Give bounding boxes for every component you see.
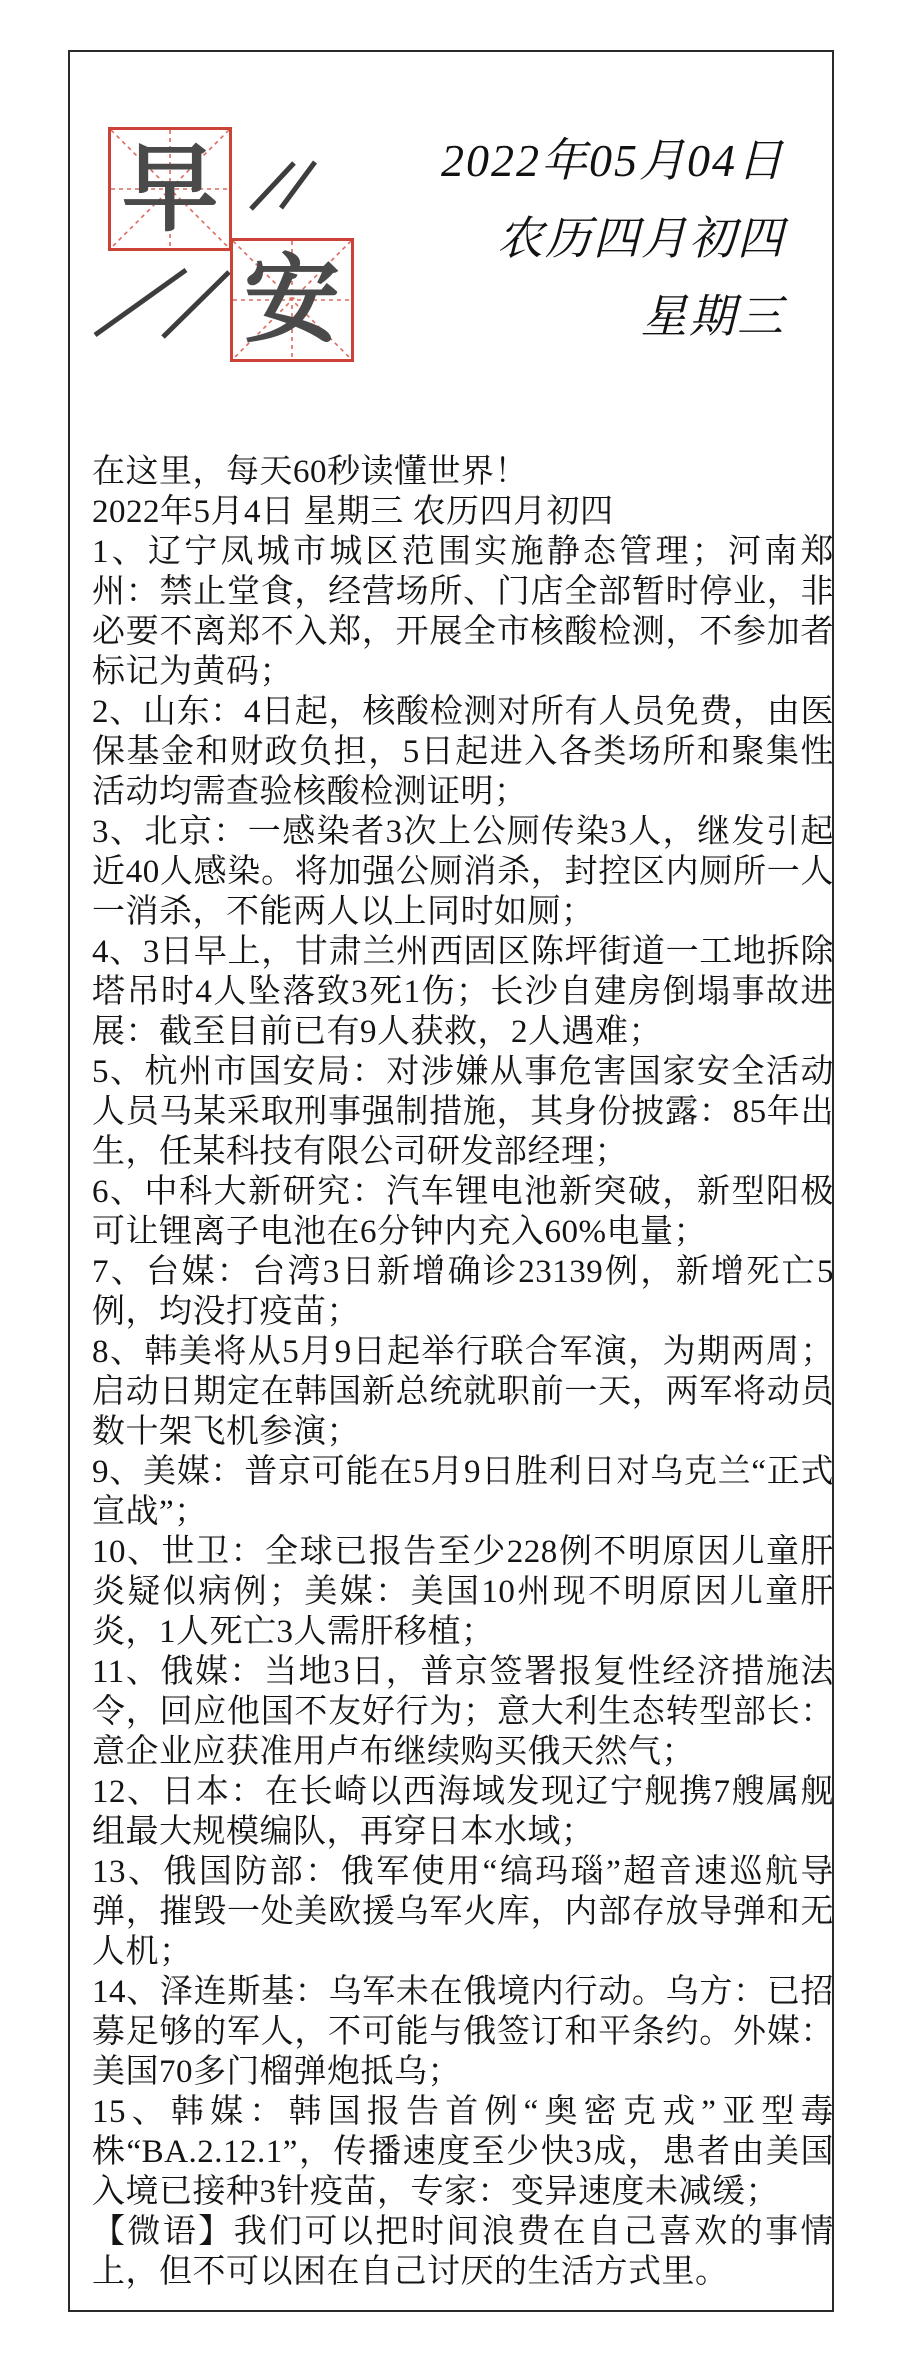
news-item-14: 14、泽连斯基：乌军未在俄境内行动。乌方：已招募足够的军人，不可能与俄签订和平条…: [92, 1972, 834, 2092]
news-body: 在这里，每天60秒读懂世界！ 2022年5月4日 星期三 农历四月初四 1、辽宁…: [92, 452, 834, 2292]
news-item-13: 13、俄国防部：俄军使用“缟玛瑙”超音速巡航导弹，摧毁一处美欧援乌军火库，内部存…: [92, 1852, 834, 1972]
greeting-char-zao: 早: [111, 130, 229, 248]
news-item-4: 4、3日早上，甘肃兰州西固区陈坪街道一工地拆除塔吊时4人坠落致3死1伤；长沙自建…: [92, 932, 834, 1052]
date-gregorian: 2022年05月04日: [441, 122, 785, 200]
news-item-3: 3、北京：一感染者3次上公厕传染3人，继发引起近40人感染。将加强公厕消杀，封控…: [92, 812, 834, 932]
mizige-box-an: 安: [230, 238, 354, 362]
decor-slashes-top-icon: [248, 158, 318, 212]
news-item-5: 5、杭州市国安局：对涉嫌从事危害国家安全活动人员马某采取刑事强制措施，其身份披露…: [92, 1052, 834, 1172]
news-item-7: 7、台媒：台湾3日新增确诊23139例，新增死亡5例，均没打疫苗；: [92, 1252, 834, 1332]
news-item-8: 8、韩美将从5月9日起举行联合军演，为期两周；启动日期定在韩国新总统就职前一天，…: [92, 1332, 834, 1452]
news-item-1: 1、辽宁凤城市城区范围实施静态管理；河南郑州：禁止堂食，经营场所、门店全部暂时停…: [92, 532, 834, 692]
intro-line: 在这里，每天60秒读懂世界！: [92, 452, 834, 492]
news-item-9: 9、美媒：普京可能在5月9日胜利日对乌克兰“正式宣战”；: [92, 1452, 834, 1532]
decor-slashes-bottom-icon: [92, 266, 232, 340]
weiyu-line: 【微语】我们可以把时间浪费在自己喜欢的事情上，但不可以困在自己讨厌的生活方式里。: [92, 2212, 834, 2292]
morning-news-card: 早 安 2022年05月04日 农历四月初四 星期三: [0, 0, 900, 2360]
news-item-10: 10、世卫：全球已报告至少228例不明原因儿童肝炎疑似病例；美媒：美国10州现不…: [92, 1532, 834, 1652]
greeting-char-an: 安: [233, 241, 351, 359]
date-block: 2022年05月04日 农历四月初四 星期三: [441, 122, 785, 356]
news-item-6: 6、中科大新研究：汽车锂电池新突破，新型阳极可让锂离子电池在6分钟内充入60%电…: [92, 1172, 834, 1252]
news-item-12: 12、日本：在长崎以西海域发现辽宁舰携7艘属舰组最大规模编队，再穿日本水域；: [92, 1772, 834, 1852]
news-item-2: 2、山东：4日起，核酸检测对所有人员免费，由医保基金和财政负担，5日起进入各类场…: [92, 692, 834, 812]
news-item-15: 15、韩媒：韩国报告首例“奥密克戎”亚型毒株“BA.2.12.1”，传播速度至少…: [92, 2092, 834, 2212]
news-item-11: 11、俄媒：当地3日，普京签署报复性经济措施法令，回应他国不友好行为；意大利生态…: [92, 1652, 834, 1772]
date-weekday: 星期三: [441, 278, 785, 356]
date-lunar: 农历四月初四: [441, 200, 785, 278]
date-summary-line: 2022年5月4日 星期三 农历四月初四: [92, 492, 834, 532]
mizige-box-zao: 早: [108, 127, 232, 251]
